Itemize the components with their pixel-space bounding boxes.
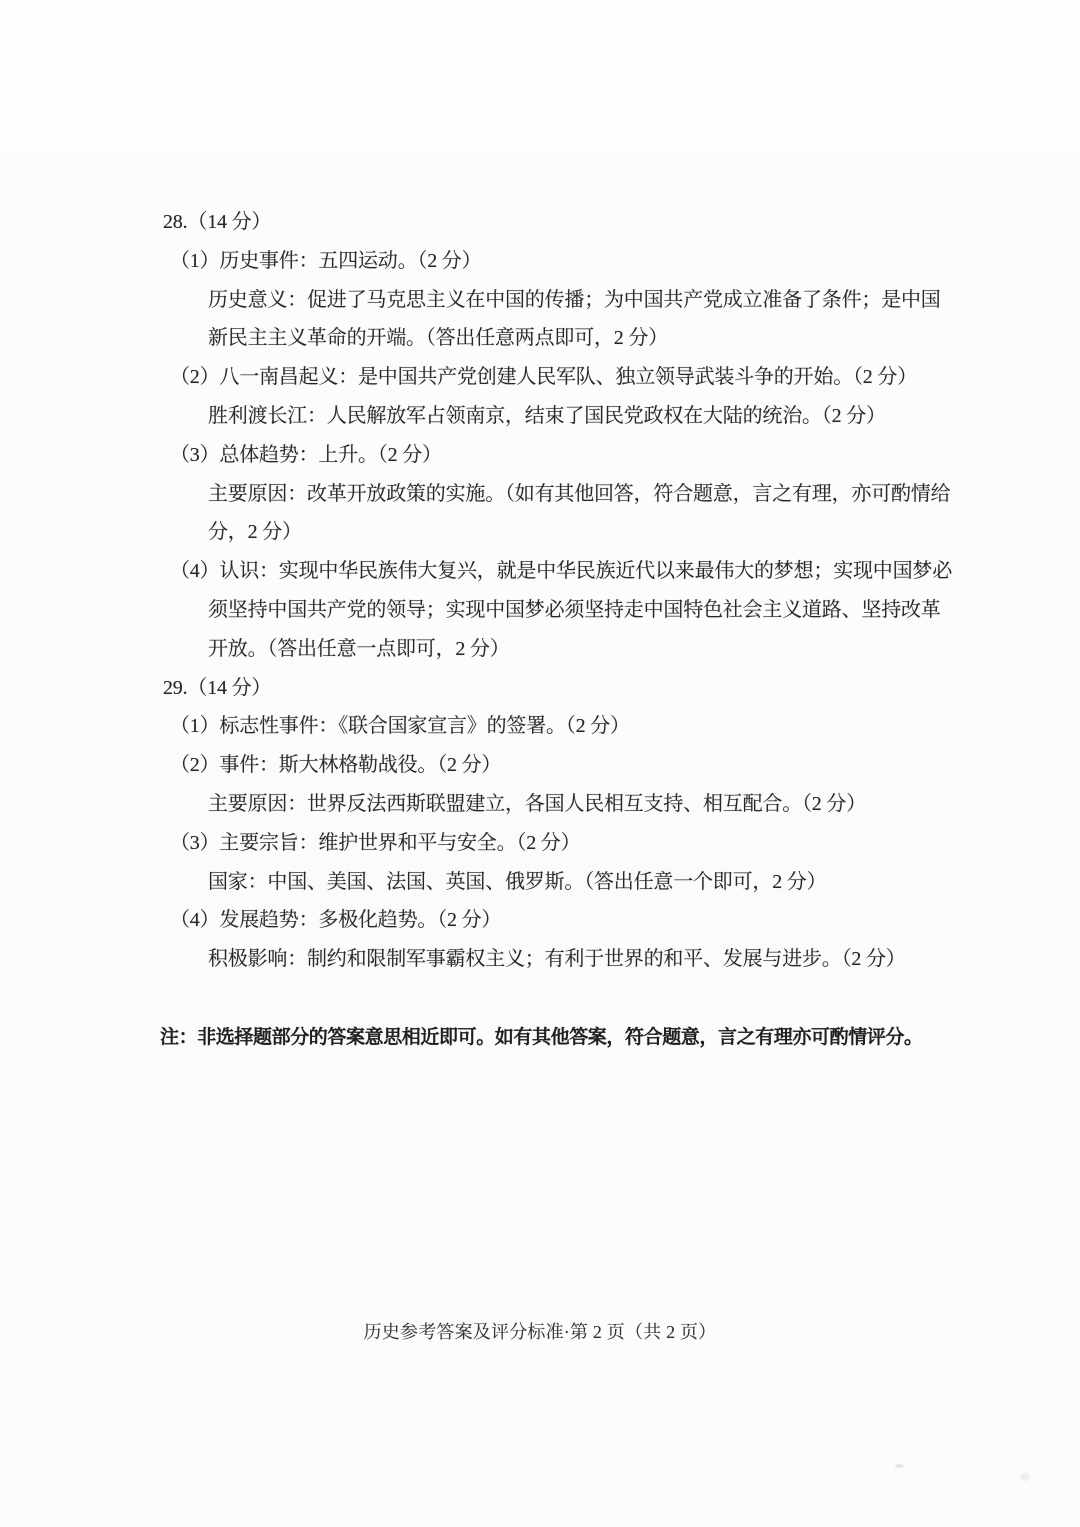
scan-artifact xyxy=(895,1464,904,1468)
answer-line: （4）发展趋势：多极化趋势。（2 分） xyxy=(0,901,1080,940)
answer-line: 须坚持中国共产党的领导；实现中国梦必须坚持走中国特色社会主义道路、坚持改革 xyxy=(0,591,1080,630)
answer-line: 历史意义：促进了马克思主义在中国的传播；为中国共产党成立准备了条件；是中国 xyxy=(0,281,1080,320)
answer-line: （2）事件：斯大林格勒战役。（2 分） xyxy=(0,746,1080,785)
answer-line: 开放。（答出任意一点即可，2 分） xyxy=(0,630,1080,669)
answer-line: 国家：中国、美国、法国、英国、俄罗斯。（答出任意一个即可，2 分） xyxy=(0,863,1080,902)
answer-line: 主要原因：改革开放政策的实施。（如有其他回答，符合题意，言之有理，亦可酌情给 xyxy=(0,475,1080,514)
answer-line: （2）八一南昌起义：是中国共产党创建人民军队、独立领导武装斗争的开始。（2 分） xyxy=(0,358,1080,397)
scan-artifact xyxy=(1020,1473,1030,1481)
answer-line: 新民主主义革命的开端。（答出任意两点即可，2 分） xyxy=(0,319,1080,358)
answer-document-body: 28.（14 分） （1）历史事件：五四运动。（2 分） 历史意义：促进了马克思… xyxy=(0,203,1080,1053)
scanned-answer-sheet-page: 28.（14 分） （1）历史事件：五四运动。（2 分） 历史意义：促进了马克思… xyxy=(0,0,1080,1527)
question-29-header: 29.（14 分） xyxy=(0,669,1080,708)
answer-line: 胜利渡长江：人民解放军占领南京，结束了国民党政权在大陆的统治。（2 分） xyxy=(0,397,1080,436)
answer-line: 积极影响：制约和限制军事霸权主义；有利于世界的和平、发展与进步。（2 分） xyxy=(0,940,1080,979)
answer-line: （1）标志性事件：《联合国家宣言》的签署。（2 分） xyxy=(0,707,1080,746)
answer-line: （3）总体趋势：上升。（2 分） xyxy=(0,436,1080,475)
page-footer: 历史参考答案及评分标准·第 2 页（共 2 页） xyxy=(0,1318,1080,1344)
question-28-block: 28.（14 分） （1）历史事件：五四运动。（2 分） 历史意义：促进了马克思… xyxy=(0,203,1080,669)
question-28-header: 28.（14 分） xyxy=(0,203,1080,242)
answer-line: （1）历史事件：五四运动。（2 分） xyxy=(0,242,1080,281)
answer-line: （4）认识：实现中华民族伟大复兴，就是中华民族近代以来最伟大的梦想；实现中国梦必 xyxy=(0,552,1080,591)
answer-line: （3）主要宗旨：维护世界和平与安全。（2 分） xyxy=(0,824,1080,863)
answer-line: 主要原因：世界反法西斯联盟建立，各国人民相互支持、相互配合。（2 分） xyxy=(0,785,1080,824)
answer-line: 分，2 分） xyxy=(0,513,1080,552)
grading-note: 注：非选择题部分的答案意思相近即可。如有其他答案，符合题意，言之有理亦可酌情评分… xyxy=(0,1023,1080,1053)
question-29-block: 29.（14 分） （1）标志性事件：《联合国家宣言》的签署。（2 分） （2）… xyxy=(0,669,1080,979)
